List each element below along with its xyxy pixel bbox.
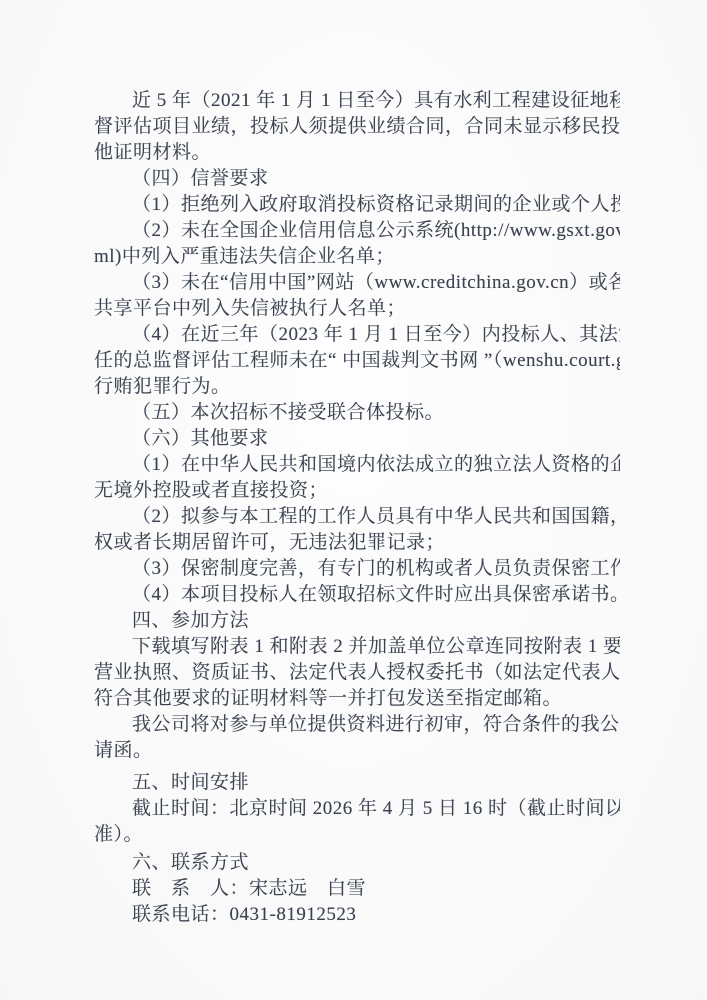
review-paragraph-line: 我公司将对参与单位提供资料进行初审，符合条件的我公司向其发出投标邀 bbox=[94, 712, 620, 738]
heading-chapter-6-contact: 六、联系方式 bbox=[94, 850, 620, 876]
reputation-item-4-line: 行贿犯罪行为。 bbox=[94, 374, 620, 400]
heading-section-6-other-requirements: （六）其他要求 bbox=[94, 426, 620, 452]
contact-phone-line: 联系电话：0431-81912523 bbox=[94, 902, 620, 928]
heading-section-5-no-consortium: （五）本次招标不接受联合体投标。 bbox=[94, 400, 620, 426]
deadline-paragraph-line: 截止时间：北京时间 2026 年 4 月 5 日 16 时（截止时间以该邮箱收件… bbox=[94, 796, 620, 822]
heading-chapter-5-schedule: 五、时间安排 bbox=[94, 770, 620, 796]
participation-paragraph-line: 符合其他要求的证明材料等一并打包发送至指定邮箱。 bbox=[94, 686, 620, 712]
reputation-item-1: （1）拒绝列入政府取消投标资格记录期间的企业或个人投标； bbox=[94, 192, 620, 218]
other-req-item-1-line: 无境外控股或者直接投资； bbox=[94, 478, 620, 504]
other-req-item-4: （4）本项目投标人在领取招标文件时应出具保密承诺书。 bbox=[94, 582, 620, 608]
reputation-item-3-line: （3）未在“信用中国”网站（www.creditchina.gov.cn）或各级… bbox=[94, 270, 620, 296]
reputation-item-3-line: 共享平台中列入失信被执行人名单； bbox=[94, 296, 620, 322]
reputation-item-2-line: ml)中列入严重违法失信企业名单； bbox=[94, 244, 620, 270]
other-req-item-3: （3）保密制度完善，有专门的机构或者人员负责保密工作； bbox=[94, 556, 620, 582]
review-paragraph-line: 请函。 bbox=[94, 738, 620, 764]
participation-paragraph-line: 下载填写附表 1 和附表 2 并加盖单位公章连同按附表 1 要求的资料内容扫描 bbox=[94, 634, 620, 660]
participation-paragraph-line: 营业执照、资质证书、法定代表人授权委托书（如法定代表人签字则无需提供）、 bbox=[94, 660, 620, 686]
other-req-item-2-line: 权或者长期居留许可，无违法犯罪记录； bbox=[94, 530, 620, 556]
paragraph-experience-requirement-line: 督评估项目业绩，投标人须提供业绩合同，合同未显示移民投资规模的需提供其 bbox=[94, 114, 620, 140]
other-req-item-1-line: （1）在中华人民共和国境内依法成立的独立法人资格的企业或事业单位， bbox=[94, 452, 620, 478]
paragraph-experience-requirement-line: 他证明材料。 bbox=[94, 140, 620, 166]
heading-section-4-reputation: （四）信誉要求 bbox=[94, 166, 620, 192]
reputation-item-2-line: （2）未在全国企业信用信息公示系统(http://www.gsxt.gov.cn… bbox=[94, 218, 620, 244]
paragraph-experience-requirement-line: 近 5 年（2021 年 1 月 1 日至今）具有水利工程建设征地移民安置监理或… bbox=[94, 88, 620, 114]
scanned-page: 近 5 年（2021 年 1 月 1 日至今）具有水利工程建设征地移民安置监理或… bbox=[0, 0, 707, 1000]
document-body: 近 5 年（2021 年 1 月 1 日至今）具有水利工程建设征地移民安置监理或… bbox=[94, 88, 620, 928]
reputation-item-4-line: 任的总监督评估工程师未在“ 中国裁判文书网 ”（wenshu.court.gov… bbox=[94, 348, 620, 374]
other-req-item-2-line: （2）拟参与本工程的工作人员具有中华人民共和国国籍，无境外永久居留 bbox=[94, 504, 620, 530]
deadline-paragraph-line: 准）。 bbox=[94, 822, 620, 848]
contact-person-line: 联 系 人：宋志远 白雪 bbox=[94, 876, 620, 902]
heading-chapter-4-participation: 四、参加方法 bbox=[94, 608, 620, 634]
reputation-item-4-line: （4）在近三年（2023 年 1 月 1 日至今）内投标人、其法定代表人、拟委 bbox=[94, 322, 620, 348]
